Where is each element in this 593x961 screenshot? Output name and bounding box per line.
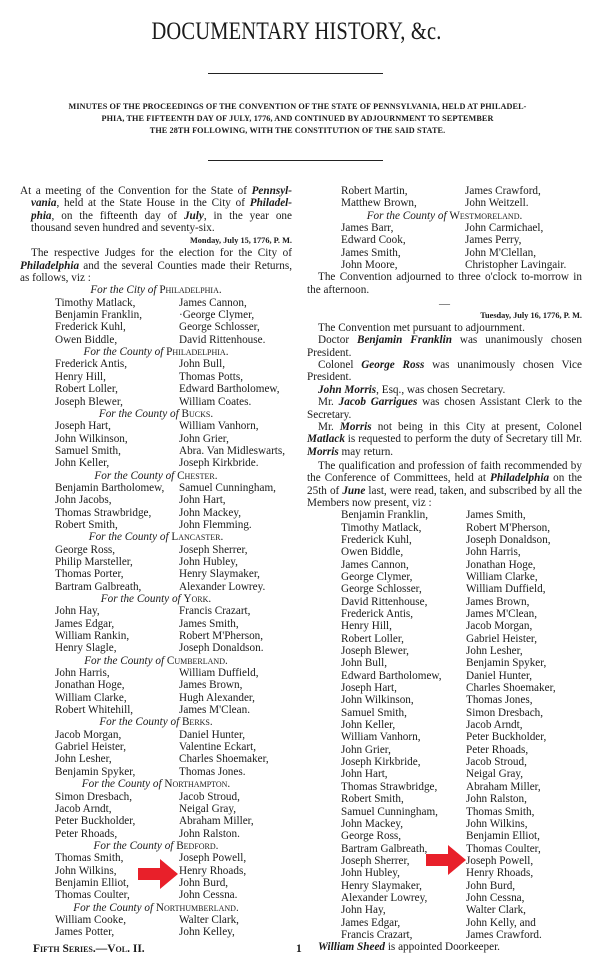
person-name: Timothy Matlack, (55, 297, 179, 309)
person-name: James Crawford, (465, 185, 582, 197)
person-name: William Sheed (318, 941, 385, 953)
person-name: David Rittenhouse, (341, 596, 466, 608)
person-name: Henry Slaymaker, (341, 880, 466, 892)
westmoreland-names: James Barr,John Carmichael,Edward Cook,J… (307, 222, 582, 271)
arrow-shape (426, 845, 466, 875)
name-grid: John Hay,Francis Crazart,James Edgar,Jam… (55, 605, 292, 654)
section-heading: For the County of Northumberland. (20, 902, 292, 914)
person-name: Owen Biddle, (341, 546, 466, 558)
section-names: Joseph Hart,William Vanhorn,John Wilkins… (20, 420, 292, 469)
doorkeeper-paragraph: William Sheed is appointed Doorkeeper. (307, 941, 582, 953)
person-name: Samuel Cunningham, (341, 806, 466, 818)
section-names: Benjamin Bartholomew,Samuel Cunningham,J… (20, 482, 292, 531)
person-name: Samuel Smith, (341, 707, 466, 719)
person-name: John Wilkinson, (341, 694, 466, 706)
person-name: Daniel Hunter, (466, 670, 582, 682)
person-name: Joseph Blewer, (341, 645, 466, 657)
red-arrow-icon (138, 859, 178, 889)
heading-prefix: For the County of (82, 778, 165, 790)
person-name: Jacob Arndt, (55, 803, 179, 815)
person-name: Jacob Morgan, (55, 729, 179, 741)
person-name: Joseph Donaldson, (466, 534, 582, 546)
person-name: John Jacobs, (55, 494, 179, 506)
morris-paragraph: Mr. Morris not being in this City at pre… (307, 421, 582, 458)
person-name: Peter Buckholder, (466, 731, 582, 743)
person-name: John Mackey, (341, 818, 466, 830)
county-name: Northampton. (164, 778, 230, 790)
person-name: Robert Smith, (341, 793, 466, 805)
person-name: John Harris, (55, 667, 179, 679)
person-name: Francis Crazart, (179, 605, 292, 617)
county-name: Cumberland. (167, 655, 228, 667)
person-name: John Hart, (341, 768, 466, 780)
section-heading: For the County of Chester. (20, 470, 292, 482)
person-name: Owen Biddle, (55, 334, 179, 346)
person-name: Robert Whitehill, (55, 704, 179, 716)
person-name: Henry Hill, (55, 371, 179, 383)
text: is requested to perform the duty of Secr… (345, 433, 582, 445)
person-name: Benjamin Bartholomew, (55, 482, 179, 494)
person-name: Henry Hill, (341, 620, 466, 632)
person-name: John Keller, (341, 719, 466, 731)
name-grid: Benjamin Bartholomew,Samuel Cunningham,J… (55, 482, 292, 531)
name-grid: John Harris,William Duffield,Jonathan Ho… (55, 667, 292, 716)
subtitle: MINUTES OF THE PROCEEDINGS OF THE CONVEN… (12, 101, 583, 137)
section-heading: For the County of Northampton. (20, 778, 292, 790)
heading-prefix: For the County of (99, 716, 182, 728)
person-name: Morris (307, 446, 339, 458)
person-name: John Hubley, (179, 556, 292, 568)
person-name: Joseph Kirkbride, (341, 756, 466, 768)
person-name: ·George Clymer, (179, 309, 292, 321)
person-name: William Clarke, (466, 571, 582, 583)
person-name: John Ralston. (179, 828, 292, 840)
footer-series: Fifth Series.—Vol. II. (33, 943, 145, 955)
person-name: Philip Marsteller, (55, 556, 179, 568)
person-name: Joseph Hart, (341, 682, 466, 694)
faith-paragraph: The qualification and profession of fait… (307, 460, 582, 509)
person-name: Robert Loller, (55, 383, 179, 395)
person-name: Peter Rhoads, (55, 828, 179, 840)
person-name: Morris (340, 421, 372, 433)
heading-prefix: For the County of (94, 840, 177, 852)
section-names: Timothy Matlack,James Cannon,Benjamin Fr… (20, 297, 292, 346)
person-name: John Kelley, (179, 926, 292, 938)
clerk-paragraph: Mr. Jacob Garrigues was chosen Assistant… (307, 396, 582, 421)
person-name: James Cannon, (341, 559, 466, 571)
person-name: George Schlosser, (179, 321, 292, 333)
person-name: Robert Smith, (55, 519, 179, 531)
person-name: William Clarke, (55, 692, 179, 704)
text: , on the fifteenth day of (52, 210, 184, 222)
person-name: Edward Bartholomew, (179, 383, 292, 395)
dateline: Monday, July 15, 1776, P. M. (20, 234, 292, 247)
name-grid: Timothy Matlack,James Cannon,Benjamin Fr… (55, 297, 292, 346)
person-name: William Duffield, (179, 667, 292, 679)
person-name: Neigal Gray, (466, 768, 582, 780)
text: may return. (339, 446, 393, 458)
person-name: John Lesher, (55, 753, 179, 765)
person-name: Walter Clark, (179, 914, 292, 926)
section-names: Simon Dresbach,Jacob Stroud,Jacob Arndt,… (20, 791, 292, 840)
person-name: Gabriel Heister, (55, 741, 179, 753)
person-name: Thomas Jones. (179, 766, 292, 778)
continued-names: Robert Martin,James Crawford,Matthew Bro… (307, 185, 582, 210)
heading-prefix: For the County of (367, 210, 450, 222)
footer-page-number: 1 (296, 943, 302, 955)
person-name: Jacob Arndt, (466, 719, 582, 731)
person-name: Joseph Powell, (179, 852, 292, 864)
month-name: June (342, 485, 365, 497)
person-name: Peter Buckholder, (55, 815, 179, 827)
person-name: Edward Cook, (341, 234, 465, 246)
subtitle-line: MINUTES OF THE PROCEEDINGS OF THE CONVEN… (12, 101, 583, 113)
text: The respective Judges for the election f… (31, 247, 292, 259)
section-heading: For the County of Westmoreland. (307, 210, 582, 222)
text: Doctor (318, 334, 357, 346)
person-name: John Keller, (55, 457, 179, 469)
person-name: David Rittenhouse. (179, 334, 292, 346)
person-name: James Brown, (466, 596, 582, 608)
person-name: Benjamin Spyker, (55, 766, 179, 778)
person-name: Thomas Potts, (179, 371, 292, 383)
name-grid: Joseph Hart,William Vanhorn,John Wilkins… (55, 420, 292, 469)
members-list: Benjamin Franklin,James Smith,Timothy Ma… (307, 509, 582, 941)
county-name: Lancaster. (171, 531, 223, 543)
county-name: Chester. (177, 470, 217, 482)
county-name: Bucks. (182, 408, 214, 420)
person-name: George Ross, (341, 830, 466, 842)
person-name: Henry Rhoads, (179, 865, 292, 877)
name-grid: Jacob Morgan,Daniel Hunter,Gabriel Heist… (55, 729, 292, 778)
person-name: Edward Bartholomew, (341, 670, 466, 682)
person-name: Samuel Smith, (55, 445, 179, 457)
text: is appointed Doorkeeper. (385, 941, 500, 953)
person-name: Matthew Brown, (341, 197, 465, 209)
person-name: John Carmichael, (465, 222, 582, 234)
text: , held at the State House in the City of (56, 197, 249, 209)
person-name: Joseph Donaldson. (179, 642, 292, 654)
person-name: John Flemming. (179, 519, 292, 531)
person-name: Benjamin Franklin (357, 334, 452, 346)
place-name: Philadelphia (20, 260, 79, 272)
person-name: Timothy Matlack, (341, 522, 466, 534)
county-returns: For the City of Philadelphia.Timothy Mat… (20, 284, 292, 938)
name-grid: Benjamin Franklin,James Smith,Timothy Ma… (341, 509, 582, 941)
text: Mr. (318, 421, 340, 433)
person-name: John Mackey, (179, 507, 292, 519)
name-grid: George Ross,Joseph Sherrer,Philip Marste… (55, 544, 292, 593)
person-name: Abra. Van Midleswarts, (179, 445, 292, 457)
returns-paragraph: The respective Judges for the election f… (20, 247, 292, 284)
section-names: George Ross,Joseph Sherrer,Philip Marste… (20, 544, 292, 593)
heading-prefix: For the County of (84, 655, 167, 667)
county-name: Westmoreland. (449, 210, 522, 222)
person-name: George Ross, (55, 544, 179, 556)
person-name: James Edgar, (55, 618, 179, 630)
heading-prefix: For the County of (73, 902, 156, 914)
person-name: Daniel Hunter, (179, 729, 292, 741)
person-name: James Cannon, (179, 297, 292, 309)
person-name: Samuel Cunningham, (179, 482, 292, 494)
person-name: Frederick Kuhl, (55, 321, 179, 333)
person-name: Henry Rhoads, (466, 867, 582, 879)
person-name: Joseph Kirkbride. (179, 457, 292, 469)
person-name: William Duffield, (466, 583, 582, 595)
person-name: Abraham Miller, (179, 815, 292, 827)
section-heading: For the County of Cumberland. (20, 655, 292, 667)
name-grid: James Barr,John Carmichael,Edward Cook,J… (341, 222, 582, 271)
person-name: John Weitzell. (465, 197, 582, 209)
section-heading: For the County of Bucks. (20, 408, 292, 420)
person-name: James Crawford. (466, 929, 582, 941)
person-name: Valentine Eckart, (179, 741, 292, 753)
person-name: John Hart, (179, 494, 292, 506)
intro-paragraph: At a meeting of the Convention for the S… (20, 185, 292, 234)
text: not being in this City at present, Colon… (372, 421, 582, 433)
section-heading: For the County of Lancaster. (20, 531, 292, 543)
text: Mr. (318, 396, 339, 408)
person-name: George Clymer, (341, 571, 466, 583)
person-name: George Ross (361, 359, 424, 371)
person-name: John Grier, (179, 433, 292, 445)
person-name: Jonathan Hoge, (466, 559, 582, 571)
person-name: Hugh Alexander, (179, 692, 292, 704)
person-name: James Perry, (465, 234, 582, 246)
person-name: John Wilkinson, (55, 433, 179, 445)
person-name: Gabriel Heister, (466, 633, 582, 645)
person-name: Jacob Stroud, (179, 791, 292, 803)
person-name: James Potter, (55, 926, 179, 938)
secretary-paragraph: John Morris, Esq., was chosen Secretary. (307, 384, 582, 396)
person-name: Frederick Antis, (55, 358, 179, 370)
person-name: Joseph Blewer, (55, 396, 179, 408)
section-heading: For the City of Philadelphia. (20, 284, 292, 296)
county-name: Philadelphia. (166, 346, 228, 358)
section-names: William Cooke,Walter Clark,James Potter,… (20, 914, 292, 939)
person-name: Benjamin Franklin, (341, 509, 466, 521)
county-name: York. (183, 593, 211, 605)
person-name: Thomas Coulter, (55, 889, 179, 901)
person-name: John Bull, (341, 657, 466, 669)
county-name: Bedford. (176, 840, 218, 852)
person-name: Joseph Powell, (466, 855, 582, 867)
person-name: Benjamin Franklin, (55, 309, 179, 321)
person-name: Alexander Lowrey, (341, 892, 466, 904)
month-name: July (184, 210, 204, 222)
person-name: William Rankin, (55, 630, 179, 642)
text: At a meeting of the Convention for the S… (20, 185, 252, 197)
section-dash: — (307, 299, 582, 309)
section-names: Frederick Antis,John Bull,Henry Hill,Tho… (20, 358, 292, 407)
name-grid: Simon Dresbach,Jacob Stroud,Jacob Arndt,… (55, 791, 292, 840)
text: Colonel (318, 359, 361, 371)
person-name: Henry Slaymaker, (179, 568, 292, 580)
person-name: John Kelly, and (466, 917, 582, 929)
red-arrow-icon (426, 845, 466, 875)
section-heading: For the County of Berks. (20, 716, 292, 728)
person-name: Thomas Strawbridge, (55, 507, 179, 519)
person-name: Benjamin Elliot, (466, 830, 582, 842)
met-paragraph: The Convention met pursuant to adjournme… (307, 322, 582, 334)
person-name: Jonathan Hoge, (55, 679, 179, 691)
person-name: Christopher Lavingair. (465, 259, 582, 271)
person-name: William Vanhorn, (179, 420, 292, 432)
person-name: James M'Clean. (179, 704, 292, 716)
section-names: Jacob Morgan,Daniel Hunter,Gabriel Heist… (20, 729, 292, 778)
person-name: Simon Dresbach, (55, 791, 179, 803)
person-name: John Ralston, (466, 793, 582, 805)
president-paragraph: Doctor Benjamin Franklin was unanimously… (307, 334, 582, 359)
person-name: John Hay, (55, 605, 179, 617)
text: , Esq., was chosen Secretary. (376, 384, 505, 396)
person-name: Bartram Galbreath, (55, 581, 179, 593)
heading-prefix: For the County of (89, 531, 172, 543)
person-name: John Morris (318, 384, 376, 396)
person-name: Charles Shoemaker, (466, 682, 582, 694)
person-name: Benjamin Spyker, (466, 657, 582, 669)
dateline: Tuesday, July 16, 1776, P. M. (307, 309, 582, 322)
person-name: Robert M'Pherson, (466, 522, 582, 534)
subtitle-line: THE 28TH FOLLOWING, WITH THE CONSTITUTIO… (12, 125, 583, 137)
person-name: Alexander Lowrey. (179, 581, 292, 593)
heading-prefix: For the City of (90, 284, 159, 296)
person-name: John Moore, (341, 259, 465, 271)
left-column: At a meeting of the Convention for the S… (20, 185, 292, 939)
person-name: Jacob Stroud, (466, 756, 582, 768)
person-name: John Wilkins, (466, 818, 582, 830)
person-name: William Cooke, (55, 914, 179, 926)
subtitle-rule-bottom (208, 160, 383, 161)
person-name: Walter Clark, (466, 904, 582, 916)
person-name: William Vanhorn, (341, 731, 466, 743)
person-name: John Hay, (341, 904, 466, 916)
person-name: Joseph Sherrer, (179, 544, 292, 556)
section-heading: For the County of Philadelphia. (20, 346, 292, 358)
person-name: Abraham Miller, (466, 781, 582, 793)
person-name: Matlack (307, 433, 345, 445)
person-name: Simon Dresbach, (466, 707, 582, 719)
person-name: John Bull, (179, 358, 292, 370)
county-name: Philadelphia. (159, 284, 221, 296)
heading-prefix: For the County of (94, 470, 177, 482)
person-name: John Lesher, (466, 645, 582, 657)
section-names: John Harris,William Duffield,Jonathan Ho… (20, 667, 292, 716)
heading-prefix: For the County of (99, 408, 182, 420)
person-name: Charles Shoemaker, (179, 753, 292, 765)
person-name: Francis Crazart, (341, 929, 466, 941)
person-name: John Burd, (179, 877, 292, 889)
section-names: John Hay,Francis Crazart,James Edgar,Jam… (20, 605, 292, 654)
arrow-shape (138, 859, 178, 889)
person-name: Neigal Gray, (179, 803, 292, 815)
person-name: James Smith, (341, 247, 465, 259)
heading-prefix: For the County of (101, 593, 184, 605)
person-name: James Barr, (341, 222, 465, 234)
person-name: James Smith, (466, 509, 582, 521)
subtitle-line: PHIA, THE FIFTEENTH DAY OF JULY, 1776, A… (12, 113, 583, 125)
person-name: Peter Rhoads, (466, 744, 582, 756)
person-name: John Grier, (341, 744, 466, 756)
person-name: James Edgar, (341, 917, 466, 929)
person-name: Joseph Hart, (55, 420, 179, 432)
person-name: Thomas Jones, (466, 694, 582, 706)
person-name: Thomas Smith, (466, 806, 582, 818)
person-name: Robert Martin, (341, 185, 465, 197)
county-name: Northumberland. (156, 902, 239, 914)
person-name: George Schlosser, (341, 583, 466, 595)
person-name: Robert Loller, (341, 633, 466, 645)
page-title: DOCUMENTARY HISTORY, &c. (53, 18, 539, 46)
county-name: Berks. (182, 716, 213, 728)
heading-prefix: For the County of (84, 346, 167, 358)
title-rule-top (208, 73, 383, 74)
person-name: Robert M'Pherson, (179, 630, 292, 642)
person-name: James M'Clean, (466, 608, 582, 620)
person-name: Henry Slagle, (55, 642, 179, 654)
person-name: William Coates. (179, 396, 292, 408)
person-name: James Brown, (179, 679, 292, 691)
person-name: James Smith, (179, 618, 292, 630)
name-grid: William Cooke,Walter Clark,James Potter,… (55, 914, 292, 939)
person-name: John Harris, (466, 546, 582, 558)
vice-president-paragraph: Colonel George Ross was unanimously chos… (307, 359, 582, 384)
person-name: John Cessna, (466, 892, 582, 904)
name-grid: Robert Martin,James Crawford,Matthew Bro… (341, 185, 582, 210)
person-name: Frederick Antis, (341, 608, 466, 620)
name-grid: Frederick Antis,John Bull,Henry Hill,Tho… (55, 358, 292, 407)
section-heading: For the County of York. (20, 593, 292, 605)
person-name: John Burd, (466, 880, 582, 892)
person-name: Thomas Porter, (55, 568, 179, 580)
person-name: Jacob Garrigues (339, 396, 418, 408)
section-heading: For the County of Bedford. (20, 840, 292, 852)
right-column: Robert Martin,James Crawford,Matthew Bro… (307, 185, 582, 954)
person-name: Jacob Morgan, (466, 620, 582, 632)
adjourn-paragraph: The Convention adjourned to three o'cloc… (307, 271, 582, 296)
person-name: Frederick Kuhl, (341, 534, 466, 546)
person-name: Thomas Strawbridge, (341, 781, 466, 793)
person-name: John M'Clellan, (465, 247, 582, 259)
person-name: John Cessna. (179, 889, 292, 901)
place-name: Philadelphia (490, 472, 549, 484)
person-name: Thomas Coulter, (466, 843, 582, 855)
